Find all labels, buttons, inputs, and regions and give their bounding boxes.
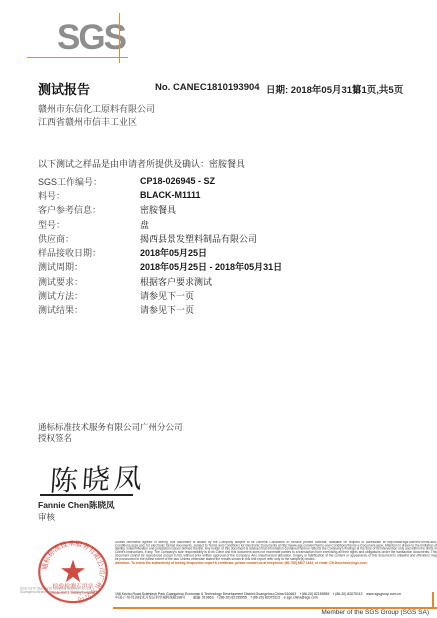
table-row: 测试结果： 请参见下一页 xyxy=(38,303,398,317)
row-value: 根据客户要求测试 xyxy=(140,275,212,288)
table-row: 样品接收日期： 2018年05月25日 xyxy=(38,245,398,259)
row-label: 样品接收日期： xyxy=(38,246,140,259)
row-value: CP18-026945 - SZ xyxy=(140,176,215,186)
row-label: 测试结果： xyxy=(38,303,140,316)
row-label: 测试方法： xyxy=(38,289,140,302)
applicant-name: 赣州市东信化工原料有限公司 xyxy=(38,103,155,116)
signer-name: Fannie Chen陈晓凤 xyxy=(38,499,115,511)
row-value: 请参见下一页 xyxy=(140,303,194,316)
table-row: 料号： BLACK-M1111 xyxy=(38,188,398,202)
sgs-logo-text: SGS xyxy=(57,20,125,55)
table-row: 型号： 盘 xyxy=(38,217,398,231)
row-label: 型号： xyxy=(38,218,140,231)
row-value: 请参见下一页 xyxy=(140,289,194,302)
applicant-address: 江西省赣州市信丰工业区 xyxy=(38,116,155,129)
sample-intro: 以下测试之样品是由申请者所提供及确认：密胺餐具 xyxy=(38,157,245,170)
row-value: 盘 xyxy=(140,218,149,231)
table-row: 测试要求： 根据客户要求测试 xyxy=(38,274,398,288)
report-title: 测试报告 xyxy=(38,79,90,98)
signer-role: 审核 xyxy=(38,511,55,523)
member-note: Member of the SGS Group (SGS SA) xyxy=(321,609,429,616)
test-report-page: SGS 测试报告 No. CANEC1810193904 日期: 2018年05… xyxy=(0,0,437,618)
authorized-signature-label: 授权签名 xyxy=(38,433,183,444)
footer-fineprint: Unless otherwise agreed in writing, this… xyxy=(115,541,437,591)
stamp-star-icon xyxy=(61,560,85,583)
row-value: 揭西县景发塑料制品有限公司 xyxy=(140,232,257,245)
attention-text: Attention: To check the authenticity of … xyxy=(115,562,437,565)
stamp-inner-line1: 检验检测专用章 xyxy=(52,582,93,590)
row-label: 测试周期： xyxy=(38,260,140,273)
signing-company-block: 通标标准技术服务有限公司广州分公司 授权签名 xyxy=(38,422,183,444)
inspection-stamp: 通标标准技术服务有限公司广州分公司 检验检测专用章 Inspection & T… xyxy=(36,539,110,605)
sample-info-table: SGS工作编号： CP18-026945 - SZ 料号： BLACK-M111… xyxy=(38,174,398,317)
table-row: 客户参考信息： 密胺餐具 xyxy=(38,203,398,217)
row-label: SGS工作编号： xyxy=(38,175,140,188)
footer-orange-tick xyxy=(432,592,434,607)
logo-crosshair-vertical xyxy=(119,13,120,63)
table-row: SGS工作编号： CP18-026945 - SZ xyxy=(38,174,398,188)
disclaimer-text: Unless otherwise agreed in writing, this… xyxy=(115,541,437,561)
row-value: 2018年05月25日 xyxy=(140,246,207,259)
row-value: 密胺餐具 xyxy=(140,203,176,216)
stamp-inner-line2: Inspection & Testing Services xyxy=(51,591,95,595)
report-page-indicator: 第1页,共5页 xyxy=(352,82,403,96)
row-label: 料号： xyxy=(38,189,140,202)
row-label: 供应商： xyxy=(38,232,140,245)
row-value: 2018年05月25日 - 2018年05月31日 xyxy=(140,260,282,273)
row-label: 客户参考信息： xyxy=(38,203,140,216)
report-date: 日期: 2018年05月31日 xyxy=(266,82,362,96)
table-row: 供应商： 揭西县景发塑料制品有限公司 xyxy=(38,231,398,245)
applicant-block: 赣州市东信化工原料有限公司 江西省赣州市信丰工业区 xyxy=(38,103,155,128)
row-value: BLACK-M1111 xyxy=(140,190,201,200)
address-line-cn: 中国·广州·经济技术开发区科学城科珠路198号 邮编: 510663 t (86… xyxy=(115,596,437,600)
table-row: 测试周期： 2018年05月25日 - 2018年05月31日 xyxy=(38,260,398,274)
table-row: 测试方法： 请参见下一页 xyxy=(38,288,398,302)
report-number: No. CANEC1810193904 xyxy=(155,82,260,93)
signing-company-name: 通标标准技术服务有限公司广州分公司 xyxy=(38,422,183,433)
row-label: 测试要求： xyxy=(38,275,140,288)
footer-address-block: 198 Kezhu Road,Scientech Park Guangzhou … xyxy=(115,592,437,607)
signature-underline xyxy=(40,494,133,496)
logo-crosshair-horizontal xyxy=(27,57,128,58)
